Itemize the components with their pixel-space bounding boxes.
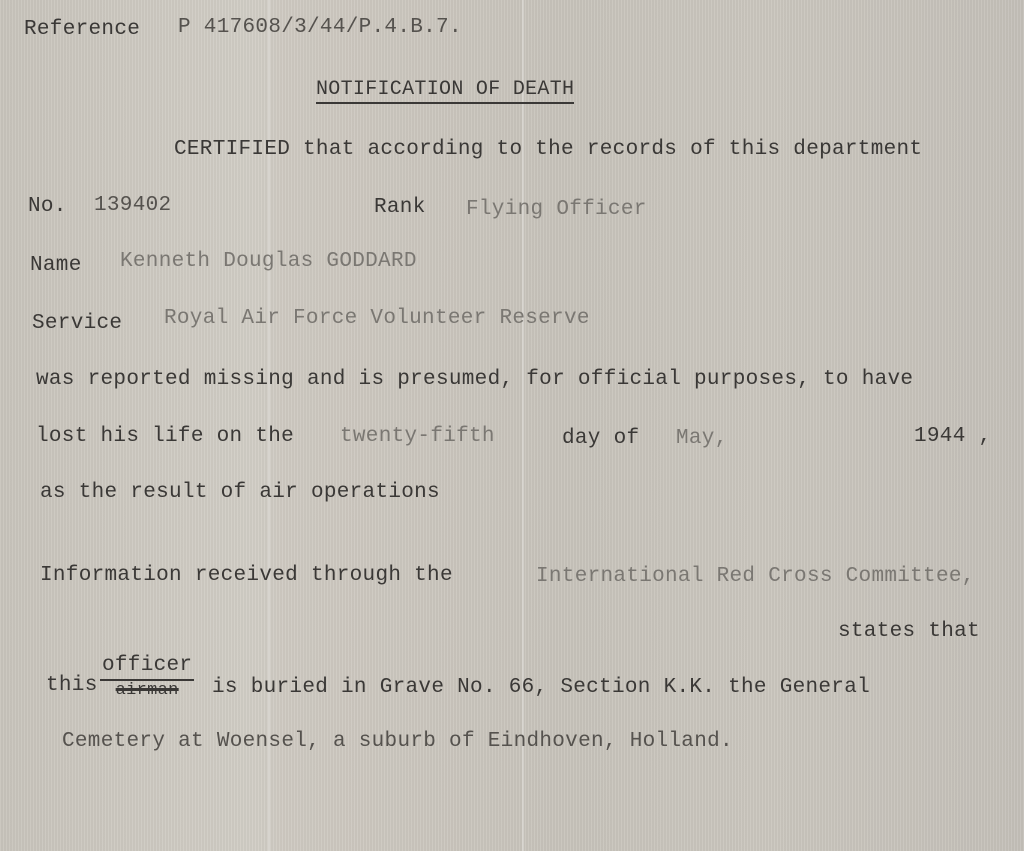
reference-value: P 417608/3/44/P.4.B.7.: [178, 16, 462, 39]
number-label: No.: [28, 195, 67, 218]
document-title: NOTIFICATION OF DEATH: [316, 78, 574, 104]
service-label: Service: [32, 312, 122, 335]
year-value: 1944 ,: [914, 425, 991, 448]
result-line: as the result of air operations: [40, 481, 440, 504]
person-type-struck: airman: [100, 681, 194, 700]
day-value: twenty-fifth: [340, 425, 495, 448]
info-source: International Red Cross Committee,: [536, 565, 975, 588]
person-type-selected: officer: [100, 654, 194, 681]
states-that: states that: [838, 620, 980, 643]
certified-line: CERTIFIED that according to the records …: [174, 138, 922, 161]
day-of-label: day of: [562, 427, 639, 450]
lost-life-prefix: lost his life on the: [36, 425, 294, 448]
paper-fold: [522, 0, 524, 851]
cemetery-line: Cemetery at Woensel, a suburb of Eindhov…: [62, 730, 733, 753]
name-value: Kenneth Douglas GODDARD: [120, 250, 417, 273]
month-value: May,: [676, 427, 728, 450]
notification-of-death-document: Reference P 417608/3/44/P.4.B.7. NOTIFIC…: [0, 0, 1024, 851]
info-prefix: Information received through the: [40, 564, 453, 587]
buried-line: is buried in Grave No. 66, Section K.K. …: [212, 676, 870, 699]
this-label: this: [46, 674, 98, 697]
service-number: 139402: [94, 194, 171, 217]
person-type-fraction: officer airman: [100, 654, 194, 700]
name-label: Name: [30, 254, 82, 277]
reference-label: Reference: [24, 18, 140, 41]
rank-value: Flying Officer: [466, 198, 647, 221]
missing-line: was reported missing and is presumed, fo…: [36, 368, 913, 391]
service-value: Royal Air Force Volunteer Reserve: [164, 307, 590, 330]
rank-label: Rank: [374, 196, 426, 219]
